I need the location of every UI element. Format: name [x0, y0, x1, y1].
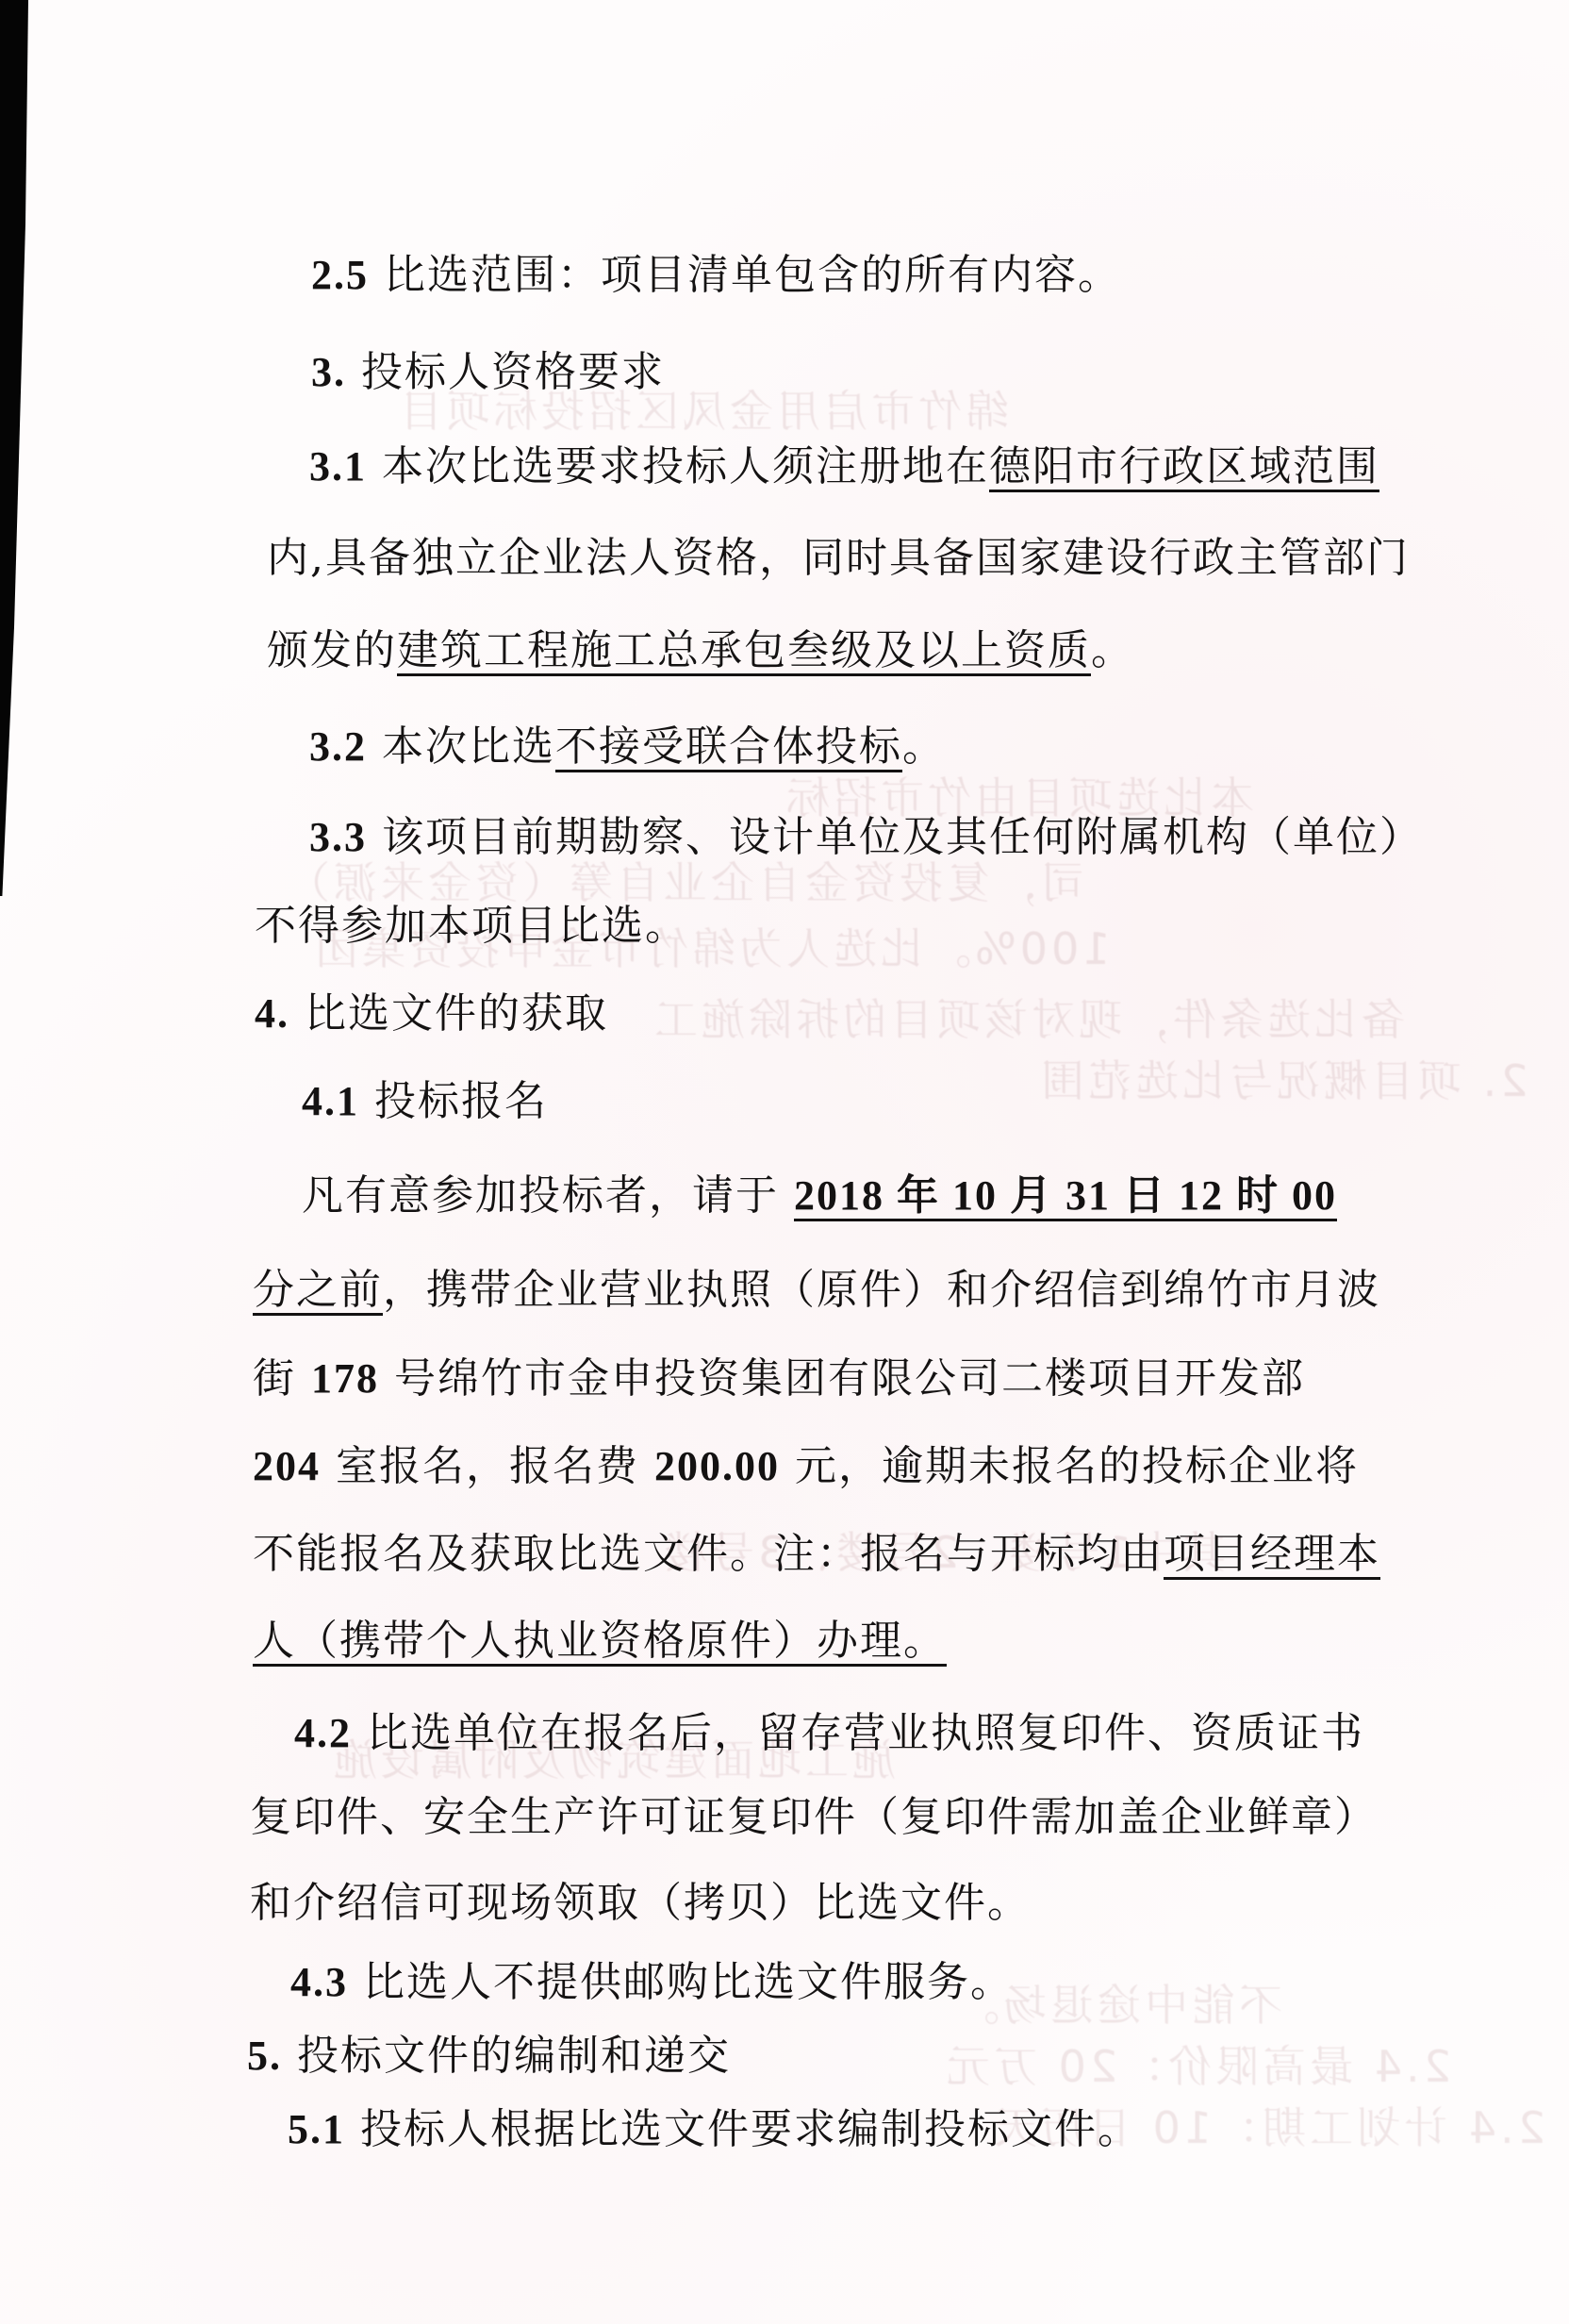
heading-text: 投标人资格要求	[346, 348, 665, 396]
section-text: 本次比选	[367, 722, 555, 771]
underlined-region: 德阳市行政区域范围	[989, 442, 1379, 490]
section-number: 5.	[247, 2033, 282, 2079]
heading-text: 比选文件的获取	[289, 989, 608, 1037]
section-text: 比选范围：项目清单包含的所有内容。	[369, 251, 1121, 299]
section-text: ，携带企业营业执照（原件）和介绍信到绵竹市月波	[383, 1266, 1380, 1314]
room-number: 204	[253, 1443, 321, 1489]
underlined-deadline: 2018 年 10 月 31 日 12 时 00	[794, 1172, 1337, 1219]
heading-text: 投标文件的编制和递交	[282, 2032, 731, 2080]
fee-amount: 200.00	[654, 1443, 780, 1489]
section-text: 号绵竹市金申投资集团有限公司二楼项目开发部	[379, 1354, 1305, 1403]
underlined-project-manager-cont: 人（携带个人执业资格原件）办理。	[253, 1617, 947, 1665]
section-number: 3.1	[309, 443, 367, 490]
section-4-2-cont2: 和介绍信可现场领取（拷贝）比选文件。	[250, 1875, 1031, 1932]
section-4-2-cont: 复印件、安全生产许可证复印件（复印件需加盖企业鲜章）	[250, 1789, 1378, 1846]
underlined-project-manager: 项目经理本	[1164, 1530, 1380, 1578]
section-4-1-para: 凡有意参加投标者，请于 2018 年 10 月 31 日 12 时 00	[302, 1168, 1337, 1224]
section-5-1: 5.1 投标人根据比选文件要求编制投标文件。	[288, 2101, 1141, 2158]
section-3-1: 3.1 本次比选要求投标人须注册地在德阳市行政区域范围	[309, 439, 1379, 495]
section-number: 3.3	[309, 814, 367, 860]
section-number: 4.	[255, 990, 289, 1037]
section-text: 比选单位在报名后，留存营业执照复印件、资质证书	[352, 1709, 1364, 1757]
section-number: 2.5	[311, 252, 369, 298]
heading-3: 3. 投标人资格要求	[311, 344, 665, 401]
section-4-1-fee: 204 室报名，报名费 200.00 元，逾期未报名的投标企业将	[253, 1438, 1359, 1495]
section-4-3: 4.3 比选人不提供邮购比选文件服务。	[290, 1954, 1014, 2011]
section-text: 比选人不提供邮购比选文件服务。	[348, 1958, 1014, 2006]
section-3-1-cont: 内,具备独立企业法人资格，同时具备国家建设行政主管部门	[267, 530, 1410, 587]
section-number: 4.3	[290, 1959, 348, 2005]
section-text: 元，逾期未报名的投标企业将	[780, 1442, 1359, 1490]
section-4-1-address: 街 178 号绵竹市金申投资集团有限公司二楼项目开发部	[253, 1351, 1305, 1407]
section-text: 该项目前期勘察、设计单位及其任何附属机构（单位）	[367, 813, 1423, 861]
street-number: 178	[311, 1355, 379, 1402]
section-number: 5.1	[288, 2106, 345, 2152]
section-text: 投标人根据比选文件要求编制投标文件。	[345, 2105, 1141, 2153]
section-text: 内,具备独立企业法人资格，同时具备国家建设行政主管部门	[267, 534, 1410, 582]
section-text: 凡有意参加投标者，请于	[302, 1171, 794, 1220]
section-2-5: 2.5 比选范围：项目清单包含的所有内容。	[311, 247, 1121, 304]
section-number: 4.2	[294, 1710, 352, 1756]
section-3-3-cont: 不得参加本项目比选。	[255, 898, 688, 954]
section-4-1: 4.1 投标报名	[302, 1073, 548, 1130]
section-text: 和介绍信可现场领取（拷贝）比选文件。	[250, 1879, 1031, 1927]
section-number: 3.2	[309, 723, 367, 770]
section-text: 颁发的	[267, 626, 397, 674]
section-4-1-note: 不能报名及获取比选文件。注：报名与开标均由项目经理本	[253, 1526, 1380, 1583]
section-3-2: 3.2 本次比选不接受联合体投标。	[309, 719, 946, 775]
section-text: 不能报名及获取比选文件。注：报名与开标均由	[253, 1530, 1164, 1578]
section-4-1-note-cont: 人（携带个人执业资格原件）办理。	[253, 1613, 947, 1669]
underlined-no-consortium: 不接受联合体投标	[555, 722, 902, 771]
section-text: 本次比选要求投标人须注册地在	[367, 442, 989, 490]
section-text: 投标报名	[359, 1077, 548, 1125]
section-text: 不得参加本项目比选。	[255, 902, 688, 950]
section-text: 。	[902, 722, 946, 771]
section-number: 3.	[311, 349, 346, 395]
section-4-2: 4.2 比选单位在报名后，留存营业执照复印件、资质证书	[294, 1705, 1364, 1762]
section-text: 。	[1091, 626, 1134, 674]
section-text: 复印件、安全生产许可证复印件（复印件需加盖企业鲜章）	[250, 1793, 1378, 1841]
underlined-deadline-cont: 分之前	[253, 1266, 383, 1314]
underlined-qualification: 建筑工程施工总承包叁级及以上资质	[397, 626, 1091, 674]
section-4-1-para-cont: 分之前，携带企业营业执照（原件）和介绍信到绵竹市月波	[253, 1262, 1380, 1319]
section-3-1-cont2: 颁发的建筑工程施工总承包叁级及以上资质。	[267, 622, 1134, 679]
section-number: 4.1	[302, 1078, 359, 1124]
heading-4: 4. 比选文件的获取	[255, 986, 608, 1042]
section-3-3: 3.3 该项目前期勘察、设计单位及其任何附属机构（单位）	[309, 809, 1423, 866]
section-text: 室报名，报名费	[321, 1442, 654, 1490]
section-text: 街	[253, 1354, 311, 1403]
heading-5: 5. 投标文件的编制和递交	[247, 2028, 731, 2084]
